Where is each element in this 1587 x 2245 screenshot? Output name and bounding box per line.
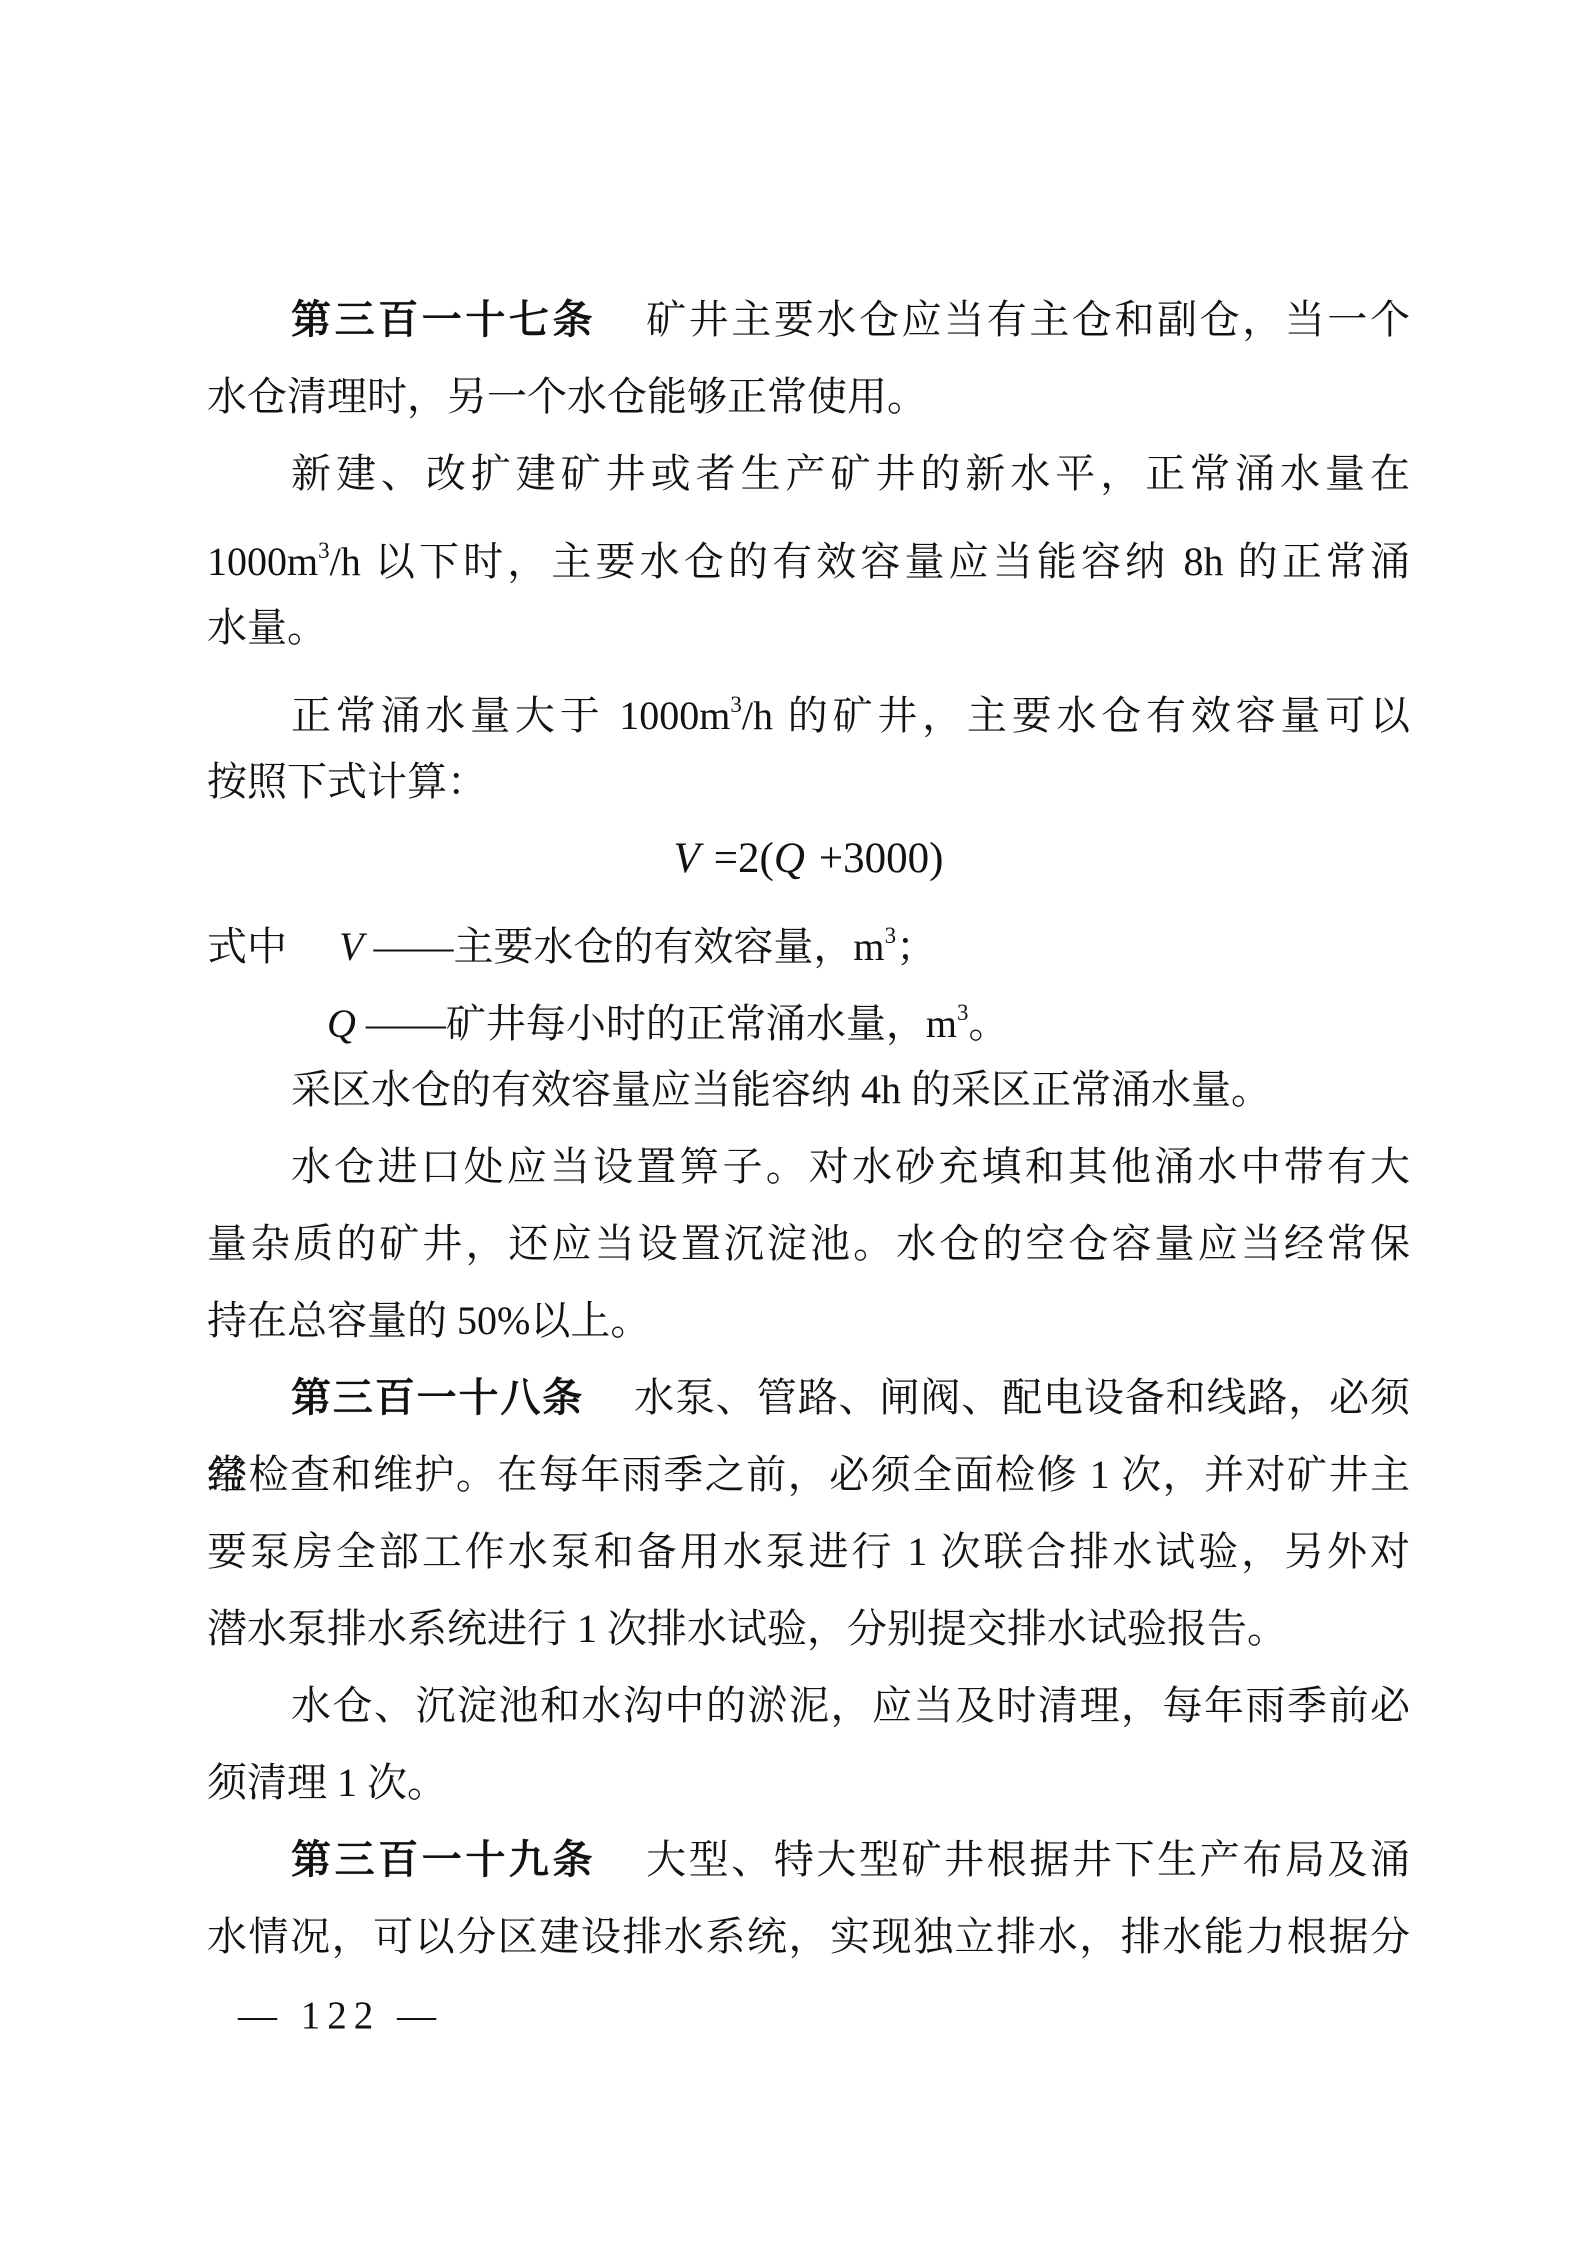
punctuation: 。 bbox=[969, 1001, 1009, 1046]
superscript-3: 3 bbox=[957, 1000, 969, 1025]
body-text: 持在总容量的 50%以上。 bbox=[207, 1298, 650, 1343]
body-text: 按照下式计算： bbox=[207, 759, 487, 804]
article-317-number: 第三百一十七条 bbox=[291, 298, 596, 342]
body-text: /h 的矿井，主要水仓有效容量可以 bbox=[742, 693, 1410, 738]
article-319-text: 大型、特大型矿井根据井下生产布局及涌 bbox=[646, 1837, 1410, 1882]
body-text: 水仓、沉淀池和水沟中的淤泥，应当及时清理，每年雨季前必 bbox=[291, 1683, 1410, 1728]
article-318-heading-line: 第三百一十八条水泵、管路、闸阀、配电设备和线路，必须经 bbox=[207, 1359, 1410, 1436]
article-318-number: 第三百一十八条 bbox=[291, 1376, 584, 1420]
body-text: ——矿井每小时的正常涌水量，m bbox=[366, 1001, 957, 1046]
text-line: 持在总容量的 50%以上。 bbox=[207, 1282, 1410, 1359]
body-text: 要泵房全部工作水泵和备用水泵进行 1 次联合排水试验，另外对 bbox=[207, 1529, 1410, 1574]
page-body-text: 第三百一十七条矿井主要水仓应当有主仓和副仓，当一个 水仓清理时，另一个水仓能够正… bbox=[207, 281, 1410, 1975]
body-text: 1000m bbox=[207, 539, 318, 584]
formula-operator: =2( bbox=[714, 835, 774, 882]
text-line: 新建、改扩建矿井或者生产矿井的新水平，正常涌水量在 bbox=[207, 435, 1410, 512]
body-text: 新建、改扩建矿井或者生产矿井的新水平，正常涌水量在 bbox=[291, 451, 1410, 496]
formula-legend-v-line: 式中V——主要水仓的有效容量，m3； bbox=[207, 897, 1410, 974]
text-line: 水仓、沉淀池和水沟中的淤泥，应当及时清理，每年雨季前必 bbox=[207, 1667, 1410, 1744]
text-line: 按照下式计算： bbox=[207, 743, 1410, 820]
text-line: 要泵房全部工作水泵和备用水泵进行 1 次联合排水试验，另外对 bbox=[207, 1513, 1410, 1590]
body-text: 潜水泵排水系统进行 1 次排水试验，分别提交排水试验报告。 bbox=[207, 1606, 1287, 1651]
text-line: 1000m3/h 以下时，主要水仓的有效容量应当能容纳 8h 的正常涌 bbox=[207, 512, 1410, 589]
text-line: 水量。 bbox=[207, 589, 1410, 666]
text-line: 水仓清理时，另一个水仓能够正常使用。 bbox=[207, 358, 1410, 435]
article-319-number: 第三百一十九条 bbox=[291, 1838, 596, 1882]
superscript-3: 3 bbox=[885, 923, 897, 948]
article-317-heading-line: 第三百一十七条矿井主要水仓应当有主仓和副仓，当一个 bbox=[207, 281, 1410, 358]
superscript-3: 3 bbox=[730, 692, 742, 717]
body-text: 水情况，可以分区建设排水系统，实现独立排水，排水能力根据分 bbox=[207, 1914, 1410, 1959]
body-text: 水仓进口处应当设置箅子。对水砂充填和其他涌水中带有大 bbox=[291, 1144, 1410, 1189]
text-line: 采区水仓的有效容量应当能容纳 4h 的采区正常涌水量。 bbox=[207, 1051, 1410, 1128]
article-319-heading-line: 第三百一十九条大型、特大型矿井根据井下生产布局及涌 bbox=[207, 1821, 1410, 1898]
body-text: 量杂质的矿井，还应当设置沉淀池。水仓的空仓容量应当经常保 bbox=[207, 1221, 1410, 1266]
text-line: 须清理 1 次。 bbox=[207, 1744, 1410, 1821]
formula-var-v: V bbox=[339, 924, 363, 969]
text-line: 正常涌水量大于 1000m3/h 的矿井，主要水仓有效容量可以 bbox=[207, 666, 1410, 743]
text-line: 潜水泵排水系统进行 1 次排水试验，分别提交排水试验报告。 bbox=[207, 1590, 1410, 1667]
body-text: 式中 bbox=[207, 924, 287, 969]
formula-var-q: Q bbox=[774, 835, 805, 882]
body-text: /h 以下时，主要水仓的有效容量应当能容纳 8h 的正常涌 bbox=[330, 539, 1410, 584]
page-number: — 122 — bbox=[238, 1986, 443, 2046]
formula-legend-q-line: Q——矿井每小时的正常涌水量，m3。 bbox=[207, 974, 1410, 1051]
text-line: 量杂质的矿井，还应当设置沉淀池。水仓的空仓容量应当经常保 bbox=[207, 1205, 1410, 1282]
text-line: 水仓进口处应当设置箅子。对水砂充填和其他涌水中带有大 bbox=[207, 1128, 1410, 1205]
text-line: 水情况，可以分区建设排水系统，实现独立排水，排水能力根据分 bbox=[207, 1898, 1410, 1975]
formula-constant: +3000) bbox=[819, 835, 944, 882]
body-text: 正常涌水量大于 1000m bbox=[291, 693, 730, 738]
formula-sump-capacity: V=2(Q+3000) bbox=[207, 820, 1410, 897]
body-text: 水仓清理时，另一个水仓能够正常使用。 bbox=[207, 374, 927, 419]
body-text: ——主要水仓的有效容量，m bbox=[373, 924, 884, 969]
punctuation: ； bbox=[896, 924, 936, 969]
superscript-3: 3 bbox=[318, 538, 330, 563]
article-317-text: 矿井主要水仓应当有主仓和副仓，当一个 bbox=[646, 297, 1410, 342]
text-line: 常检查和维护。在每年雨季之前，必须全面检修 1 次，并对矿井主 bbox=[207, 1436, 1410, 1513]
document-page: 第三百一十七条矿井主要水仓应当有主仓和副仓，当一个 水仓清理时，另一个水仓能够正… bbox=[0, 0, 1587, 2245]
formula-var-q: Q bbox=[327, 1001, 356, 1046]
body-text: 常检查和维护。在每年雨季之前，必须全面检修 1 次，并对矿井主 bbox=[207, 1452, 1410, 1497]
body-text: 水量。 bbox=[207, 605, 327, 650]
formula-var-v: V bbox=[674, 835, 700, 882]
body-text: 须清理 1 次。 bbox=[207, 1760, 447, 1805]
body-text: 采区水仓的有效容量应当能容纳 4h 的采区正常涌水量。 bbox=[291, 1067, 1271, 1112]
